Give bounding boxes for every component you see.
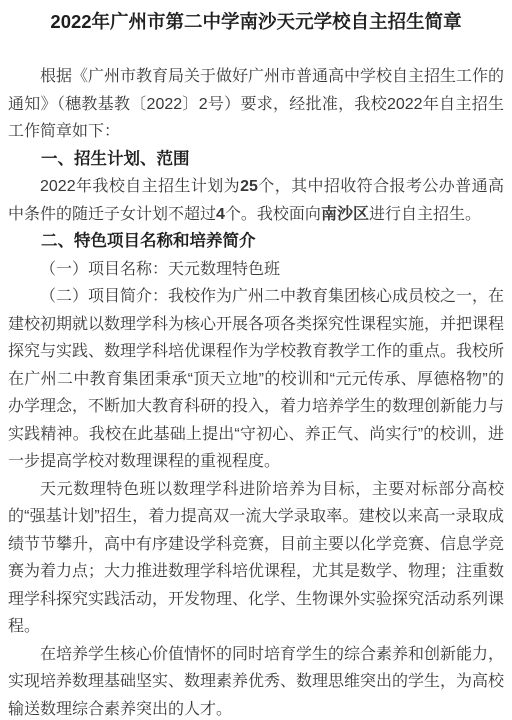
project-intro-paragraph: （二）项目简介：我校作为广州二中教育集团核心成员校之一，在建校初期就以数理学科为… bbox=[8, 283, 504, 476]
goal-paragraph: 在培养学生核心价值情怀的同时培育学生的综合素养和创新能力，实现培养数理基础坚实、… bbox=[8, 641, 504, 720]
document-page: 2022年广州市第二中学南沙天元学校自主招生简章 根据《广州市教育局关于做好广州… bbox=[0, 0, 512, 720]
plan-text-segment: 个。我校面向 bbox=[225, 206, 321, 223]
project-name-line: （一）项目名称：天元数理特色班 bbox=[8, 256, 504, 284]
district-name: 南沙区 bbox=[321, 206, 369, 223]
plan-text-segment: 进行自主招生。 bbox=[369, 206, 481, 223]
intro-paragraph: 根据《广州市教育局关于做好广州市普通高中学校自主招生工作的通知》（穗教基教〔20… bbox=[8, 63, 504, 146]
section1-plan-paragraph: 2022年我校自主招生计划为25个，其中招收符合报考公办普通高中条件的随迁子女计… bbox=[8, 173, 504, 228]
plan-text-segment: 2022年我校自主招生计划为 bbox=[40, 178, 240, 195]
migrant-quota-value: 4 bbox=[216, 206, 225, 223]
training-paragraph: 天元数理特色班以数理学科进阶培养为目标，主要对标部分高校的“强基计划”招生，着力… bbox=[8, 476, 504, 641]
section1-heading: 一、招生计划、范围 bbox=[8, 146, 504, 174]
plan-count-value: 25 bbox=[240, 178, 258, 195]
document-title: 2022年广州市第二中学南沙天元学校自主招生简章 bbox=[8, 8, 504, 36]
section2-heading: 二、特色项目名称和培养简介 bbox=[8, 228, 504, 256]
